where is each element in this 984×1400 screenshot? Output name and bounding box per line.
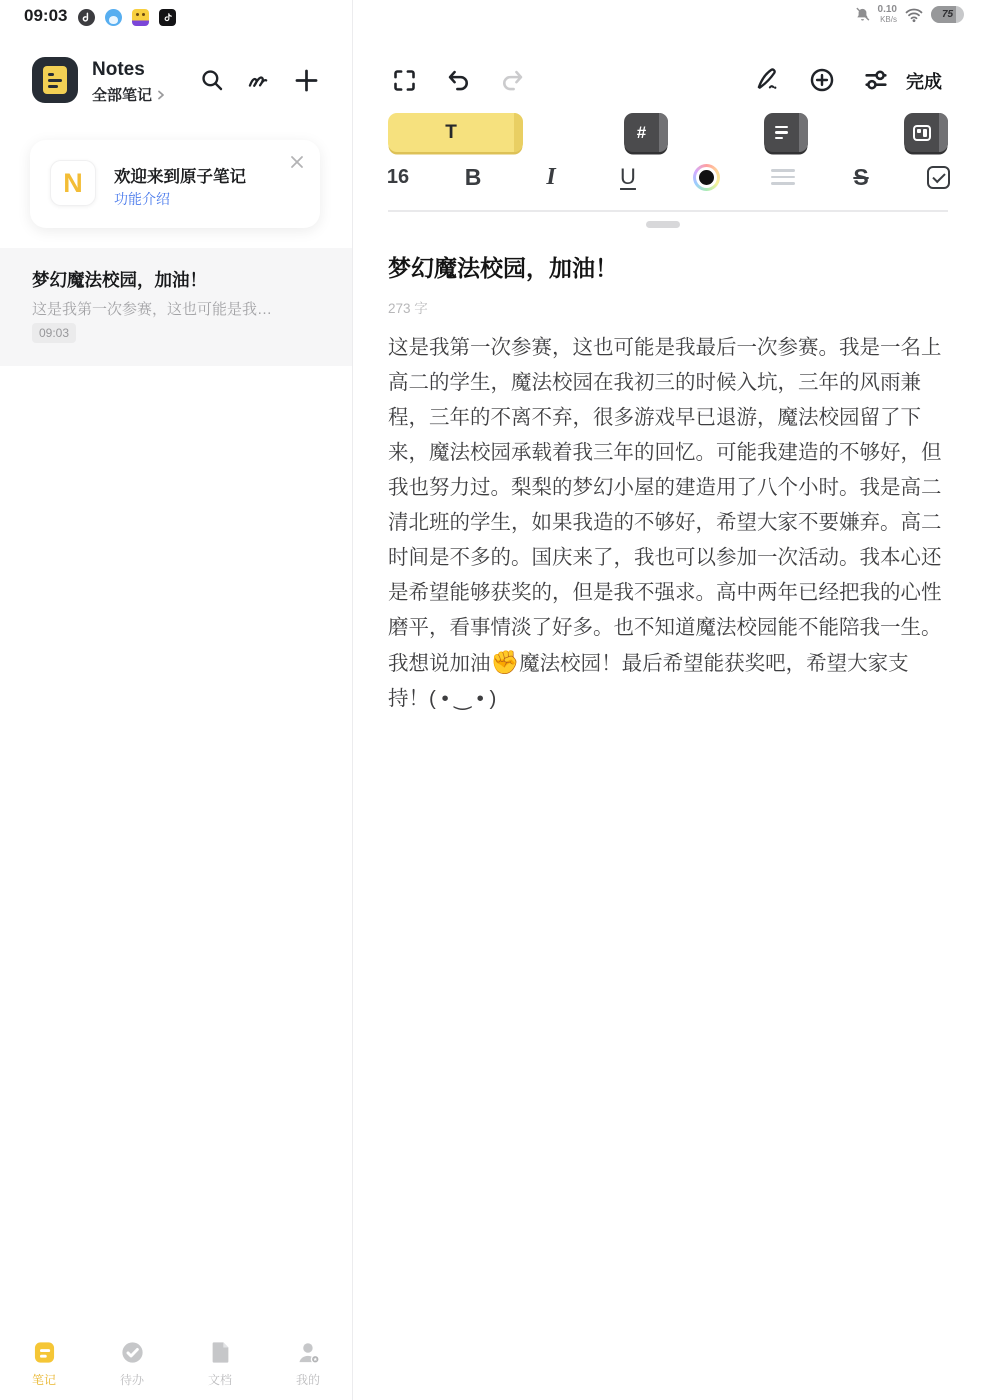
douyin-app-icon <box>159 9 176 26</box>
status-right-cluster: 0.10 KB/s 75 <box>854 5 964 24</box>
tag-key[interactable]: # <box>624 113 668 152</box>
handwriting-button[interactable] <box>245 66 273 94</box>
drag-handle[interactable] <box>646 221 680 228</box>
folder-label: 全部笔记 <box>92 84 152 105</box>
note-item-title: 梦幻魔法校园，加油！ <box>32 267 207 292</box>
status-time: 09:03 <box>24 6 67 26</box>
bottom-tab-bar: 笔记 待办 文档 我的 <box>0 1326 352 1400</box>
tab-label: 待办 <box>120 1371 144 1388</box>
sliders-icon <box>862 66 890 94</box>
wifi-icon <box>904 6 924 23</box>
search-button[interactable] <box>198 66 226 94</box>
tab-label: 文档 <box>208 1371 232 1388</box>
paragraph-key[interactable] <box>764 113 808 152</box>
insert-button[interactable] <box>808 66 836 94</box>
folder-selector[interactable]: 全部笔记 <box>92 84 166 105</box>
music-app-icon <box>78 9 95 26</box>
note-body[interactable]: 这是我第一次参赛，这也可能是我最后一次参赛。我是一名上高二的学生，魔法校园在我初… <box>388 330 944 716</box>
undo-button[interactable] <box>444 66 472 94</box>
notes-tab-icon <box>31 1339 58 1366</box>
document-tab-icon <box>207 1339 234 1366</box>
text-color-button[interactable] <box>684 157 728 197</box>
pen-mode-button[interactable] <box>754 64 782 92</box>
todo-tab-icon <box>119 1339 146 1366</box>
raised-fist-emoji: ✊ <box>491 649 520 675</box>
battery-indicator: 75 <box>931 6 964 23</box>
network-speed: 0.10 KB/s <box>878 5 897 24</box>
redo-button[interactable] <box>498 66 526 94</box>
note-sheet-icon <box>43 66 67 94</box>
search-icon <box>199 67 225 93</box>
feature-intro-link[interactable]: 功能介绍 <box>114 189 170 209</box>
italic-button[interactable]: I <box>529 157 573 197</box>
checkbox-icon <box>927 166 950 189</box>
chevron-right-icon <box>156 89 166 101</box>
plus-circle-icon <box>808 66 836 94</box>
welcome-title: 欢迎来到原子笔记 <box>114 163 246 187</box>
align-lines-icon <box>771 169 795 185</box>
app-screen: 09:03 0.10 KB/s 75 Notes 全部笔记 <box>0 0 984 1400</box>
plus-icon <box>293 67 320 94</box>
tab-docs[interactable]: 文档 <box>176 1326 264 1400</box>
fullscreen-button[interactable] <box>390 66 418 94</box>
close-icon <box>290 155 304 169</box>
settings-button[interactable] <box>862 66 890 94</box>
tab-label: 我的 <box>296 1371 320 1388</box>
note-title[interactable]: 梦幻魔法校园，加油！ <box>388 250 618 283</box>
status-app-icons <box>78 9 176 26</box>
font-size-button[interactable]: 16 <box>376 157 420 197</box>
add-note-button[interactable] <box>292 66 320 94</box>
underline-button[interactable]: U <box>606 157 650 197</box>
note-item-preview: 这是我第一次参赛，这也可能是我… <box>32 298 332 319</box>
strikethrough-button[interactable]: S <box>839 157 883 197</box>
panel-divider <box>352 0 353 1400</box>
template-key[interactable] <box>904 113 948 152</box>
redo-icon <box>499 67 526 94</box>
color-wheel-icon <box>693 164 720 191</box>
done-button[interactable]: 完成 <box>906 68 942 94</box>
notes-app-logo <box>32 57 78 103</box>
align-button[interactable] <box>761 157 805 197</box>
profile-tab-icon <box>295 1339 322 1366</box>
qq-app-icon <box>105 9 122 26</box>
atomic-notes-logo: N <box>50 160 96 206</box>
welcome-close-button[interactable] <box>288 153 306 171</box>
tab-mine[interactable]: 我的 <box>264 1326 352 1400</box>
word-count: 273 字 <box>388 297 428 317</box>
body-text-1: 这是我第一次参赛，这也可能是我最后一次参赛。我是一名上高二的学生，魔法校园在我初… <box>388 336 942 675</box>
undo-icon <box>445 67 472 94</box>
mute-bell-icon <box>854 6 871 23</box>
text-lines-icon <box>775 126 789 140</box>
note-list-item[interactable]: 梦幻魔法校园，加油！ 这是我第一次参赛，这也可能是我… 09:03 <box>0 248 352 366</box>
hash-label: # <box>637 123 646 143</box>
checklist-button[interactable] <box>916 157 960 197</box>
tab-notes[interactable]: 笔记 <box>0 1326 88 1400</box>
bold-button[interactable]: B <box>451 157 495 197</box>
emoji-app-icon <box>132 9 149 26</box>
text-style-key[interactable]: T <box>388 113 523 152</box>
layout-icon <box>913 125 931 141</box>
pen-icon <box>754 64 782 93</box>
scribble-icon <box>246 67 273 94</box>
text-style-label: T <box>445 122 457 144</box>
tab-todo[interactable]: 待办 <box>88 1326 176 1400</box>
tab-label: 笔记 <box>32 1371 56 1388</box>
welcome-card: N 欢迎来到原子笔记 功能介绍 <box>30 140 320 228</box>
app-title: Notes <box>92 59 145 81</box>
toolbar-divider <box>388 210 948 212</box>
note-item-time-badge: 09:03 <box>32 323 76 343</box>
fullscreen-icon <box>391 67 418 94</box>
